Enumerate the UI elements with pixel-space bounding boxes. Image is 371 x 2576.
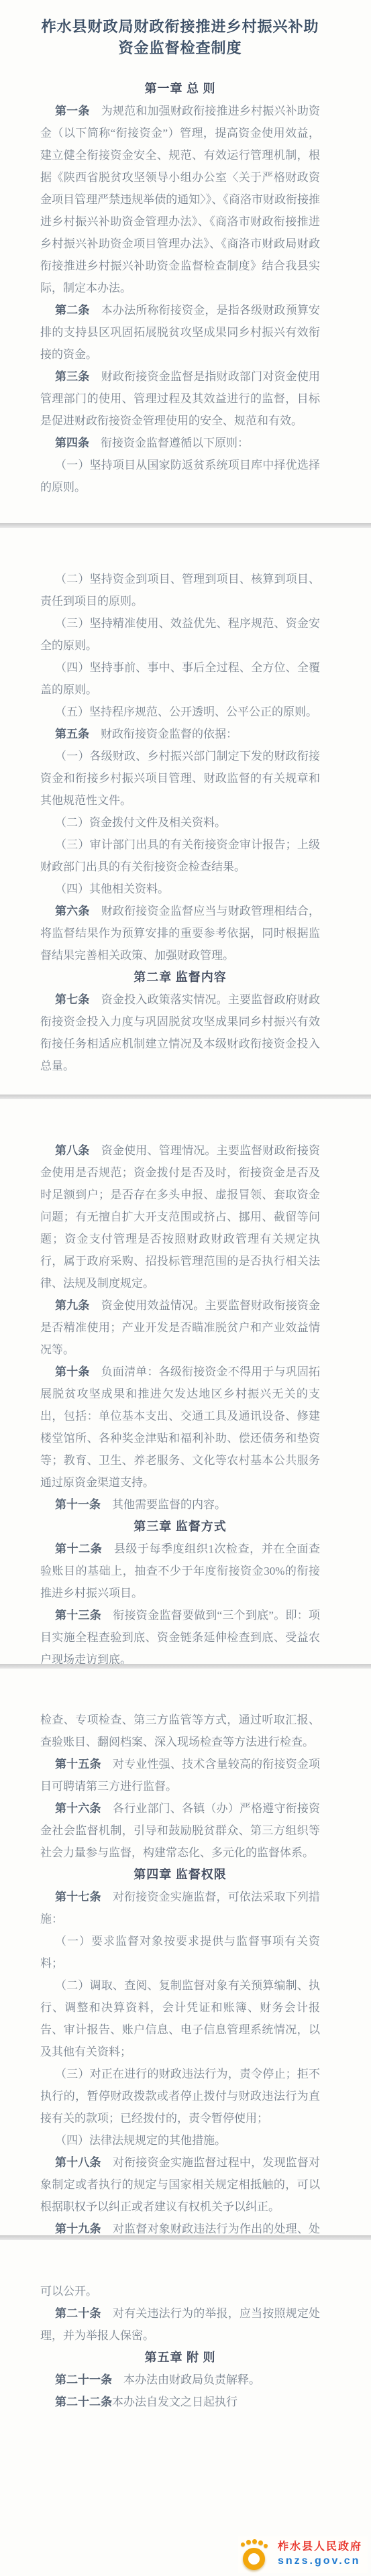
document-title: 柞水县财政局财政衔接推进乡村振兴补助资金监督检查制度 (40, 16, 320, 59)
chapter-heading: 第二章 监督内容 (40, 966, 320, 989)
article-paragraph: 第十五条 对专业性强、技术含量较高的衔接资金项目可聘请第三方进行监督。 (40, 1753, 320, 1797)
page-divider (0, 1664, 371, 1669)
document-pages: 柞水县财政局财政衔接推进乡村振兴补助资金监督检查制度第一章 总 则第一条 为规范… (0, 0, 371, 2576)
article-paragraph: 第九条 资金使用效益情况。主要监督财政衔接资金是否精准使用；产业开发是否瞄准脱贫… (40, 1294, 320, 1361)
document-page-1: 柞水县财政局财政衔接推进乡村振兴补助资金监督检查制度第一章 总 则第一条 为规范… (0, 0, 371, 523)
article-paragraph: 第十二条 县级于每季度组织1次检查，并在全面查验账目的基础上，抽查不少于年度衔接… (40, 1538, 320, 1604)
paragraph: （一）坚持项目从国家防返贫系统项目库中择优选择的原则。 (40, 454, 320, 498)
article-paragraph: 第十六条 各行业部门、各镇（办）严格遵守衔接资金社会监督机制，引导和鼓励脱贫群众… (40, 1797, 320, 1864)
chapter-heading: 第一章 总 则 (40, 78, 320, 100)
article-number: 第一条 (55, 105, 101, 117)
article-paragraph: 第五条 财政衔接资金监督的依据： (40, 723, 320, 745)
paragraph: （四）其他相关资料。 (40, 878, 320, 900)
paragraph: （一）要求监督对象按要求提供与监督事项有关资料； (40, 1930, 320, 1974)
article-paragraph: 第十九条 对监督对象财政违法行为作出的处理、处罚决定及其执行情况，除涉及国家秘密… (40, 2218, 320, 2235)
page-divider (0, 523, 371, 528)
article-number: 第六条 (55, 905, 101, 917)
watermark-text: 柞水县人民政府 snzs.gov.cn (278, 2540, 362, 2569)
article-paragraph: 第十八条 对衔接资金实施监督过程中，发现监督对象制定或者执行的规定与国家相关规定… (40, 2151, 320, 2218)
paragraph: （三）坚持精准使用、效益优先、程序规范、资金安全的原则。 (40, 612, 320, 657)
chapter-heading: 第五章 附 则 (40, 2347, 320, 2369)
article-paragraph: 第七条 资金投入政策落实情况。主要监督政府财政衔接资金投入力度与巩固脱贫攻坚成果… (40, 989, 320, 1077)
footprint-toe (241, 2542, 245, 2546)
article-paragraph: 第二十二条本办法自发文之日起执行 (40, 2391, 320, 2413)
paragraph: （四）法律法规规定的其他措施。 (40, 2129, 320, 2151)
chapter-heading: 第四章 监督权限 (40, 1864, 320, 1886)
footprint-ring (243, 2548, 265, 2570)
gov-name: 柞水县人民政府 (278, 2540, 362, 2554)
paragraph-continuation: 可以公开。 (40, 2280, 320, 2302)
article-number: 第八条 (55, 1144, 101, 1157)
article-number: 第五条 (55, 728, 101, 740)
paragraph: （一）各级财政、乡村振兴部门制定下发的财政衔接资金和衔接乡村振兴项目管理、财政监… (40, 745, 320, 811)
document-page-2: （二）坚持资金到项目、管理到项目、核算到项目、责任到项目的原则。（三）坚持精准使… (0, 528, 371, 1095)
article-number: 第四条 (55, 437, 101, 449)
document-page-5: 可以公开。第二十条 对有关违法行为的举报，应当按照规定处理，并为举报人保密。第五… (0, 2240, 371, 2576)
article-paragraph: 第四条 衔接资金监督遵循以下原则： (40, 432, 320, 454)
document-title-line: 资金监督检查制度 (40, 38, 320, 59)
document-page-3: 第八条 资金使用、管理情况。主要监督财政衔接资金使用是否规范；资金拨付是否及时，… (0, 1099, 371, 1664)
footprint-toe (264, 2544, 268, 2548)
page-divider (0, 1095, 371, 1099)
paragraph-continuation: 检查、专项检查、第三方监管等方式，通过听取汇报、查验账目、翻阅档案、深入现场检查… (40, 1709, 320, 1753)
paragraph: （二）坚持资金到项目、管理到项目、核算到项目、责任到项目的原则。 (40, 568, 320, 612)
paragraph: （二）资金拨付文件及相关资料。 (40, 811, 320, 834)
page-divider (0, 2235, 371, 2240)
article-paragraph: 第二十一条 本办法由财政局负责解释。 (40, 2369, 320, 2391)
article-number: 第二十条 (55, 2307, 113, 2320)
paragraph: （四）坚持事前、事中、事后全过程、全方位、全覆盖的原则。 (40, 657, 320, 701)
document-page-4: 检查、专项检查、第三方监管等方式，通过听取汇报、查验账目、翻阅档案、深入现场检查… (0, 1669, 371, 2235)
article-number: 第九条 (55, 1299, 101, 1312)
article-paragraph: 第六条 财政衔接资金监督应当与财政管理相结合，将监督结果作为预算安排的重要参考依… (40, 900, 320, 966)
paragraph: （三）对正在进行的财政违法行为，责令停止；拒不执行的，暂停财政拨款或者停止拨付与… (40, 2063, 320, 2129)
footprint-toe (258, 2540, 263, 2545)
article-number: 第十五条 (55, 1758, 113, 1771)
article-number: 第十六条 (55, 1802, 113, 1815)
article-number: 第二十二条 (55, 2396, 112, 2408)
article-number: 第二十一条 (55, 2373, 123, 2386)
article-paragraph: 第二十条 对有关违法行为的举报，应当按照规定处理，并为举报人保密。 (40, 2302, 320, 2347)
gov-site-watermark: 柞水县人民政府 snzs.gov.cn (238, 2536, 368, 2573)
document-title-line: 柞水县财政局财政衔接推进乡村振兴补助 (40, 16, 320, 38)
article-number: 第十一条 (55, 1498, 112, 1511)
article-number: 第十条 (55, 1365, 101, 1378)
gov-site-url: snzs.gov.cn (278, 2554, 362, 2569)
article-paragraph: 第一条 为规范和加强财政衔接推进乡村振兴补助资金（以下简称“衔接资金”）管理，提… (40, 100, 320, 299)
chapter-heading: 第三章 监督方式 (40, 1516, 320, 1538)
article-paragraph: 第十一条 其他需要监督的内容。 (40, 1494, 320, 1516)
article-number: 第七条 (55, 993, 101, 1006)
paragraph: （三）审计部门出具的有关衔接资金审计报告；上级财政部门出具的有关衔接资金检查结果… (40, 834, 320, 878)
footprint-toe (252, 2539, 257, 2544)
article-paragraph: 第八条 资金使用、管理情况。主要监督财政衔接资金使用是否规范；资金拨付是否及时，… (40, 1139, 320, 1294)
footprint-toe (246, 2540, 251, 2544)
article-number: 第十七条 (55, 1891, 113, 1903)
document-viewer: 柞水县财政局财政衔接推进乡村振兴补助资金监督检查制度第一章 总 则第一条 为规范… (0, 0, 371, 2576)
article-number: 第三条 (55, 370, 101, 383)
article-number: 第十三条 (55, 1609, 113, 1622)
footprint-logo-icon (240, 2538, 271, 2570)
article-paragraph: 第十七条 对衔接资金实施监督，可依法采取下列措施： (40, 1886, 320, 1930)
article-paragraph: 第三条 财政衔接资金监督是指财政部门对资金使用管理部门的使用、管理过程及其效益进… (40, 366, 320, 432)
article-number: 第十二条 (55, 1543, 114, 1555)
article-number: 第十八条 (55, 2156, 113, 2169)
article-paragraph: 第二条 本办法所称衔接资金，是指各级财政预算安排的支持县区巩固拓展脱贫攻坚成果同… (40, 299, 320, 366)
article-number: 第二条 (55, 304, 101, 317)
article-paragraph: 第十三条 衔接资金监督要做到“三个到底”。即：项目实施全程查验到底、资金链条延伸… (40, 1604, 320, 1664)
paragraph: （二）调取、查阅、复制监督对象有关预算编制、执行、调整和决算资料，会计凭证和账簿… (40, 1974, 320, 2063)
article-number: 第十九条 (55, 2223, 113, 2235)
paragraph: （五）坚持程序规范、公开透明、公平公正的原则。 (40, 701, 320, 723)
article-paragraph: 第十条 负面清单：各级衔接资金不得用于与巩固拓展脱贫攻坚成果和推进欠发达地区乡村… (40, 1361, 320, 1494)
